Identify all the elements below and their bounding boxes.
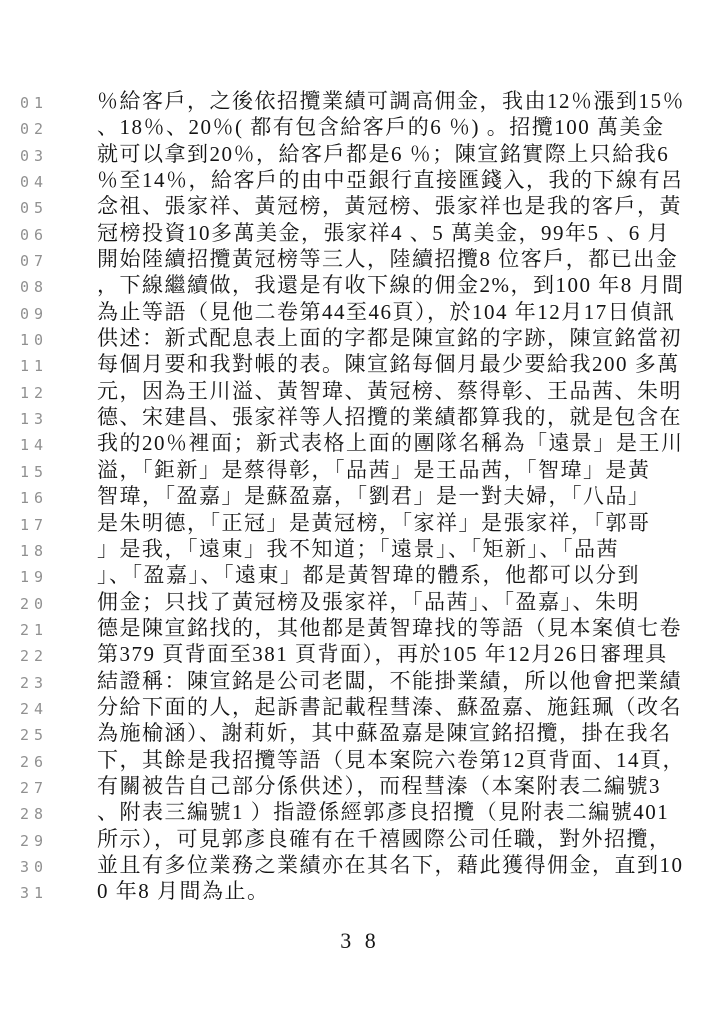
text-line: 20佣金；只找了黃冠榜及張家祥，「品茜」、「盈嘉」、朱明 bbox=[0, 589, 720, 615]
text-line: 15溢，「鉅新」是蔡得彰，「品茜」是王品茜，「智瑋」是黃 bbox=[0, 457, 720, 483]
line-text: ％給客戶，之後依招攬業績可調高佣金，我由12％漲到15％ bbox=[97, 88, 685, 114]
line-number: 23 bbox=[0, 670, 97, 696]
text-line: 05念祖、張家祥、黃冠榜，黃冠榜、張家祥也是我的客戶，黃 bbox=[0, 193, 720, 219]
line-text: 有關被告自己部分係供述），而程彗溱（本案附表二編號3 bbox=[97, 773, 661, 799]
text-line: 21德是陳宣銘找的，其他都是黃智瑋找的等語（見本案偵七卷 bbox=[0, 615, 720, 641]
text-line: 03就可以拿到20％，給客戶都是6 ％；陳宣銘實際上只給我6 bbox=[0, 141, 720, 167]
line-number: 28 bbox=[0, 801, 97, 827]
text-line: 27有關被告自己部分係供述），而程彗溱（本案附表二編號3 bbox=[0, 773, 720, 799]
line-text: 為止等語（見他二卷第44至46頁），於104 年12月17日偵訊 bbox=[97, 299, 675, 325]
text-line: 13德、宋建昌、張家祥等人招攬的業績都算我的，就是包含在 bbox=[0, 404, 720, 430]
line-number: 26 bbox=[0, 749, 97, 775]
line-number: 08 bbox=[0, 274, 97, 300]
line-number: 06 bbox=[0, 222, 97, 248]
text-line: 24分給下面的人，起訴書記載程彗溱、蘇盈嘉、施鈺珮（改名 bbox=[0, 694, 720, 720]
text-line: 04％至14％，給客戶的由中亞銀行直接匯錢入，我的下線有呂 bbox=[0, 167, 720, 193]
text-line: 22第379 頁背面至381 頁背面），再於105 年12月26日審理具 bbox=[0, 641, 720, 667]
line-text: 佣金；只找了黃冠榜及張家祥，「品茜」、「盈嘉」、朱明 bbox=[97, 589, 640, 615]
line-text: 德是陳宣銘找的，其他都是黃智瑋找的等語（見本案偵七卷 bbox=[97, 615, 682, 641]
text-line: 28、附表三編號1 ）指證係經郭彥良招攬（見附表二編號401 bbox=[0, 799, 720, 825]
text-line: 10供述：新式配息表上面的字都是陳宣銘的字跡，陳宣銘當初 bbox=[0, 325, 720, 351]
line-text: 0 年8 月間為止。 bbox=[97, 878, 270, 904]
line-text: 並且有多位業務之業績亦在其名下，藉此獲得佣金，直到10 bbox=[97, 852, 684, 878]
line-text: 結證稱：陳宣銘是公司老闆，不能掛業績，所以他會把業績 bbox=[97, 668, 682, 694]
line-text: 每個月要和我對帳的表。陳宣銘每個月最少要給我200 多萬 bbox=[97, 351, 680, 377]
line-text: 冠榜投資10多萬美金，張家祥4 、5 萬美金，99年5 、6 月 bbox=[97, 220, 670, 246]
line-text: 、附表三編號1 ）指證係經郭彥良招攬（見附表二編號401 bbox=[97, 799, 669, 825]
line-number: 29 bbox=[0, 828, 97, 854]
line-number: 25 bbox=[0, 722, 97, 748]
line-text: 分給下面的人，起訴書記載程彗溱、蘇盈嘉、施鈺珮（改名 bbox=[97, 694, 682, 720]
line-number: 31 bbox=[0, 880, 97, 906]
line-text: 就可以拿到20％，給客戶都是6 ％；陳宣銘實際上只給我6 bbox=[97, 141, 669, 167]
line-text: 供述：新式配息表上面的字都是陳宣銘的字跡，陳宣銘當初 bbox=[97, 325, 682, 351]
line-number: 21 bbox=[0, 617, 97, 643]
text-line: 01％給客戶，之後依招攬業績可調高佣金，我由12％漲到15％ bbox=[0, 88, 720, 114]
line-number: 19 bbox=[0, 564, 97, 590]
line-text: 下，其餘是我招攬等語（見本案院六卷第12頁背面、14頁， bbox=[97, 747, 685, 773]
line-text: 智瑋，「盈嘉」是蘇盈嘉，「劉君」是一對夫婦，「八品」 bbox=[97, 483, 651, 509]
text-line: 09為止等語（見他二卷第44至46頁），於104 年12月17日偵訊 bbox=[0, 299, 720, 325]
line-number: 13 bbox=[0, 406, 97, 432]
line-number: 12 bbox=[0, 380, 97, 406]
line-number: 20 bbox=[0, 591, 97, 617]
line-text: 第379 頁背面至381 頁背面），再於105 年12月26日審理具 bbox=[97, 641, 668, 667]
line-text: 所示），可見郭彥良確有在千禧國際公司任職，對外招攬， bbox=[97, 826, 672, 852]
page-number: 3 8 bbox=[0, 928, 720, 954]
line-number: 10 bbox=[0, 327, 97, 353]
text-line: 18」是我，「遠東」我不知道；「遠景」、「矩新」、「品茜 bbox=[0, 536, 720, 562]
line-number: 11 bbox=[0, 353, 97, 379]
text-line: 14我的20％裡面；新式表格上面的團隊名稱為「遠景」是王川 bbox=[0, 430, 720, 456]
text-line: 26下，其餘是我招攬等語（見本案院六卷第12頁背面、14頁， bbox=[0, 747, 720, 773]
line-number: 18 bbox=[0, 538, 97, 564]
line-text: ％至14％，給客戶的由中亞銀行直接匯錢入，我的下線有呂 bbox=[97, 167, 684, 193]
line-text: 開始陸續招攬黃冠榜等三人，陸續招攬8 位客戶，都已出金 bbox=[97, 246, 678, 272]
text-line: 310 年8 月間為止。 bbox=[0, 878, 720, 904]
text-line: 19」、「盈嘉」、「遠東」都是黃智瑋的體系，他都可以分到 bbox=[0, 562, 720, 588]
text-line: 06冠榜投資10多萬美金，張家祥4 、5 萬美金，99年5 、6 月 bbox=[0, 220, 720, 246]
line-text: 元，因為王川溢、黃智瑋、黃冠榜、蔡得彰、王品茜、朱明 bbox=[97, 378, 682, 404]
text-line: 17是朱明德，「正冠」是黃冠榜，「家祥」是張家祥，「郭哥 bbox=[0, 510, 720, 536]
line-text: 為施榆涵）、謝莉妡，其中蘇盈嘉是陳宣銘招攬，掛在我名 bbox=[97, 720, 672, 746]
line-text: 德、宋建昌、張家祥等人招攬的業績都算我的，就是包含在 bbox=[97, 404, 682, 430]
text-line: 11每個月要和我對帳的表。陳宣銘每個月最少要給我200 多萬 bbox=[0, 351, 720, 377]
text-lines: 01％給客戶，之後依招攬業績可調高佣金，我由12％漲到15％02、18％、20％… bbox=[0, 88, 720, 905]
text-line: 16智瑋，「盈嘉」是蘇盈嘉，「劉君」是一對夫婦，「八品」 bbox=[0, 483, 720, 509]
line-number: 03 bbox=[0, 143, 97, 169]
text-line: 08，下線繼續做，我還是有收下線的佣金2%，到100 年8 月間 bbox=[0, 272, 720, 298]
line-number: 09 bbox=[0, 301, 97, 327]
line-text: 溢，「鉅新」是蔡得彰，「品茜」是王品茜，「智瑋」是黃 bbox=[97, 457, 651, 483]
line-text: ，下線繼續做，我還是有收下線的佣金2%，到100 年8 月間 bbox=[97, 272, 685, 298]
line-number: 16 bbox=[0, 485, 97, 511]
line-number: 22 bbox=[0, 643, 97, 669]
text-line: 23結證稱：陳宣銘是公司老闆，不能掛業績，所以他會把業績 bbox=[0, 668, 720, 694]
line-number: 02 bbox=[0, 116, 97, 142]
line-number: 14 bbox=[0, 432, 97, 458]
text-line: 29所示），可見郭彥良確有在千禧國際公司任職，對外招攬， bbox=[0, 826, 720, 852]
line-text: 」是我，「遠東」我不知道；「遠景」、「矩新」、「品茜 bbox=[97, 536, 619, 562]
line-text: 」、「盈嘉」、「遠東」都是黃智瑋的體系，他都可以分到 bbox=[97, 562, 640, 588]
text-line: 30並且有多位業務之業績亦在其名下，藉此獲得佣金，直到10 bbox=[0, 852, 720, 878]
text-line: 25為施榆涵）、謝莉妡，其中蘇盈嘉是陳宣銘招攬，掛在我名 bbox=[0, 720, 720, 746]
line-text: 念祖、張家祥、黃冠榜，黃冠榜、張家祥也是我的客戶，黃 bbox=[97, 193, 682, 219]
line-number: 27 bbox=[0, 775, 97, 801]
text-line: 02、18％、20％( 都有包含給客戶的6 ％) 。招攬100 萬美金 bbox=[0, 114, 720, 140]
line-text: 、18％、20％( 都有包含給客戶的6 ％) 。招攬100 萬美金 bbox=[97, 114, 665, 140]
line-number: 01 bbox=[0, 90, 97, 116]
line-number: 30 bbox=[0, 854, 97, 880]
line-number: 15 bbox=[0, 459, 97, 485]
line-text: 是朱明德，「正冠」是黃冠榜，「家祥」是張家祥，「郭哥 bbox=[97, 510, 651, 536]
line-number: 24 bbox=[0, 696, 97, 722]
line-number: 04 bbox=[0, 169, 97, 195]
document-page: 01％給客戶，之後依招攬業績可調高佣金，我由12％漲到15％02、18％、20％… bbox=[0, 0, 720, 1018]
line-text: 我的20％裡面；新式表格上面的團隊名稱為「遠景」是王川 bbox=[97, 430, 684, 456]
text-line: 12元，因為王川溢、黃智瑋、黃冠榜、蔡得彰、王品茜、朱明 bbox=[0, 378, 720, 404]
line-number: 17 bbox=[0, 512, 97, 538]
line-number: 07 bbox=[0, 248, 97, 274]
line-number: 05 bbox=[0, 195, 97, 221]
text-line: 07開始陸續招攬黃冠榜等三人，陸續招攬8 位客戶，都已出金 bbox=[0, 246, 720, 272]
